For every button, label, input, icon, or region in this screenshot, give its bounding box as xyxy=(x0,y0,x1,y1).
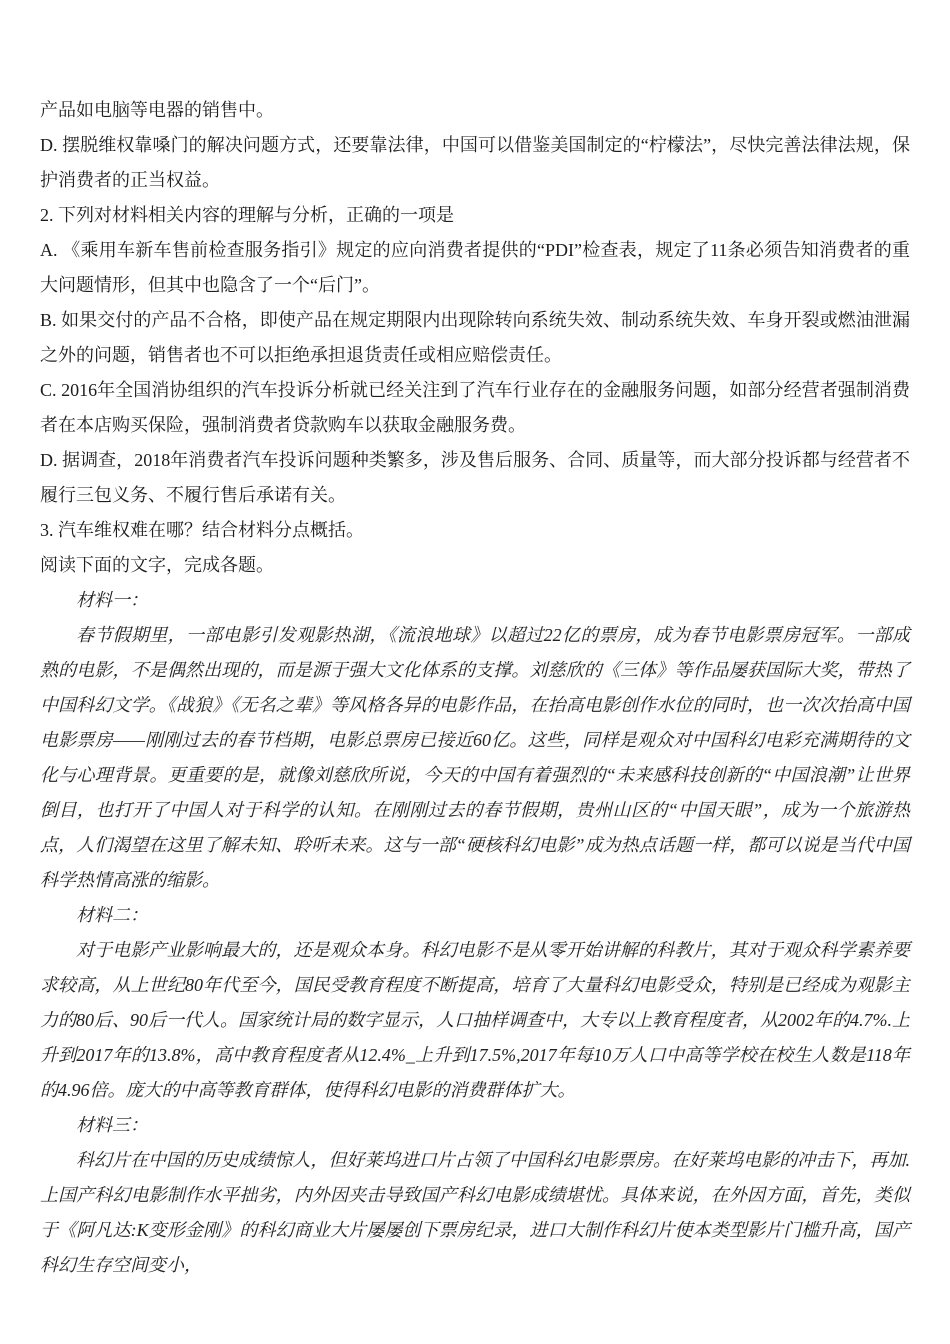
material-3-heading: 材料三： xyxy=(40,1108,910,1143)
exam-document-page: 产品如电脑等电器的销售中。 D. 摆脱维权靠嗓门的解决问题方式，还要靠法律，中国… xyxy=(0,0,950,1344)
option-c-continuation-line: 产品如电脑等电器的销售中。 xyxy=(40,93,910,128)
material-1-passage: 春节假期里，一部电影引发观影热湖，《流浪地球》以超过22亿的票房，成为春节电影票… xyxy=(40,618,910,898)
question-3-stem: 3. 汽车维权难在哪？结合材料分点概括。 xyxy=(40,513,910,548)
question-2-option-b: B. 如果交付的产品不合格，即使产品在规定期限内出现除转向系统失效、制动系统失效… xyxy=(40,303,910,373)
material-3-passage: 科幻片在中国的历史成绩惊人，但好莱坞进口片占领了中国科幻电影票房。在好莱坞电影的… xyxy=(40,1143,910,1283)
question-2-stem: 2. 下列对材料相关内容的理解与分析，正确的一项是 xyxy=(40,198,910,233)
material-1-heading: 材料一： xyxy=(40,583,910,618)
question-2-option-a: A. 《乘用车新车售前检查服务指引》规定的应向消费者提供的“PDI”检查表，规定… xyxy=(40,233,910,303)
question-2-option-d: D. 据调查，2018年消费者汽车投诉问题种类繁多，涉及售后服务、合同、质量等，… xyxy=(40,443,910,513)
reading-instruction: 阅读下面的文字，完成各题。 xyxy=(40,548,910,583)
material-2-passage: 对于电影产业影响最大的，还是观众本身。科幻电影不是从零开始讲解的科教片，其对于观… xyxy=(40,933,910,1108)
question-2-option-c: C. 2016年全国消协组织的汽车投诉分析就已经关注到了汽车行业存在的金融服务问… xyxy=(40,373,910,443)
option-d-question1: D. 摆脱维权靠嗓门的解决问题方式，还要靠法律，中国可以借鉴美国制定的“柠檬法”… xyxy=(40,128,910,198)
material-2-heading: 材料二： xyxy=(40,898,910,933)
